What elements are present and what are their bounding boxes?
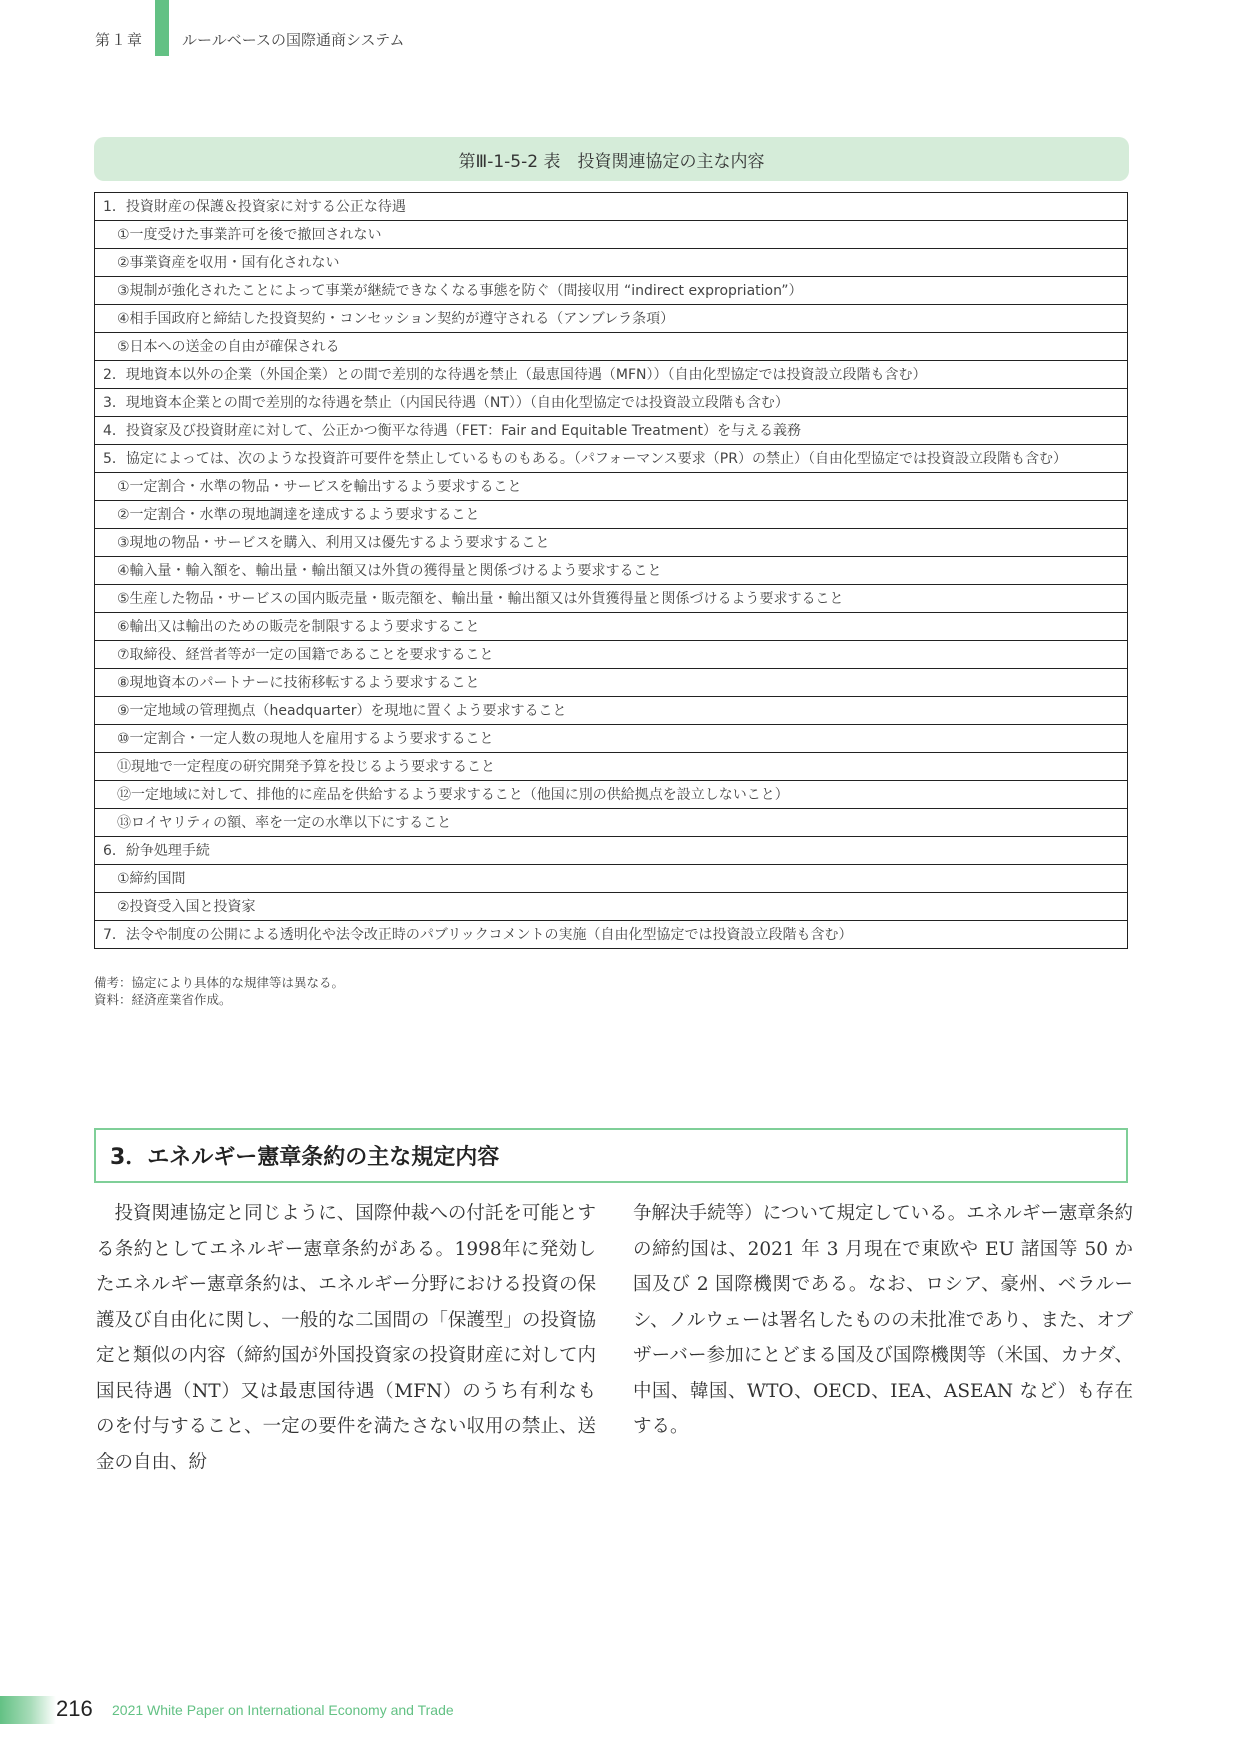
table-row-subitem: ⑬ロイヤリティの額、率を一定の水準以下にすること bbox=[95, 809, 1127, 837]
table-caption: 第Ⅲ-1-5-2 表 投資関連協定の主な内容 bbox=[94, 137, 1129, 181]
publication-title: 2021 White Paper on International Econom… bbox=[112, 1702, 454, 1718]
table-row-subitem: ②一定割合・水準の現地調達を達成するよう要求すること bbox=[95, 501, 1127, 529]
table-row-subitem: ⑤生産した物品・サービスの国内販売量・販売額を、輸出量・輸出額又は外貨獲得量と関… bbox=[95, 585, 1127, 613]
table-row-subitem: ④相手国政府と締結した投資契約・コンセッション契約が遵守される（アンブレラ条項） bbox=[95, 305, 1127, 333]
table-row-main: 5．協定によっては、次のような投資許可要件を禁止しているものもある。（パフォーマ… bbox=[95, 445, 1127, 473]
table-row-subitem: ⑦取締役、経営者等が一定の国籍であることを要求すること bbox=[95, 641, 1127, 669]
table-row-subitem: ③規制が強化されたことによって事業が継続できなくなる事態を防ぐ（間接収用 “in… bbox=[95, 277, 1127, 305]
table-row-subitem: ②投資受入国と投資家 bbox=[95, 893, 1127, 921]
body-text-left-column: 投資関連協定と同じように、国際仲裁への付託を可能とする条約としてエネルギー憲章条… bbox=[96, 1196, 596, 1480]
table-row-subitem: ⑫一定地域に対して、排他的に産品を供給するよう要求すること（他国に別の供給拠点を… bbox=[95, 781, 1127, 809]
table-source: 資料：経済産業省作成。 bbox=[94, 991, 344, 1008]
table-row-subitem: ⑨一定地域の管理拠点（headquarter）を現地に置くよう要求すること bbox=[95, 697, 1127, 725]
table-row-subitem: ①締約国間 bbox=[95, 865, 1127, 893]
table-row-subitem: ①一度受けた事業許可を後で撤回されない bbox=[95, 221, 1127, 249]
table-row-subitem: ⑥輸出又は輸出のための販売を制限するよう要求すること bbox=[95, 613, 1127, 641]
table-remark: 備考：協定により具体的な規律等は異なる。 bbox=[94, 974, 344, 991]
table-row-subitem: ⑧現地資本のパートナーに技術移転するよう要求すること bbox=[95, 669, 1127, 697]
table-row-main: 7．法令や制度の公開による透明化や法令改正時のパブリックコメントの実施（自由化型… bbox=[95, 921, 1127, 949]
body-text-right-column: 争解決手続等）について規定している。エネルギー憲章条約の締約国は、2021 年 … bbox=[633, 1196, 1133, 1445]
table-row-subitem: ③現地の物品・サービスを購入、利用又は優先するよう要求すること bbox=[95, 529, 1127, 557]
table-row-subitem: ⑪現地で一定程度の研究開発予算を投じるよう要求すること bbox=[95, 753, 1127, 781]
page-number: 216 bbox=[56, 1696, 93, 1722]
page-footer: 216 2021 White Paper on International Ec… bbox=[0, 1696, 1241, 1726]
table-row-subitem: ⑤日本への送金の自由が確保される bbox=[95, 333, 1127, 361]
table-row-subitem: ①一定割合・水準の物品・サービスを輸出するよう要求すること bbox=[95, 473, 1127, 501]
chapter-title: ルールベースの国際通商システム bbox=[182, 29, 404, 50]
table-row-subitem: ②事業資産を収用・国有化されない bbox=[95, 249, 1127, 277]
table-row-main: 6．紛争処理手続 bbox=[95, 837, 1127, 865]
page-header: 第１章 ルールベースの国際通商システム bbox=[0, 0, 1241, 56]
table-row-main: 2．現地資本以外の企業（外国企業）との間で差別的な待遇を禁止（最恵国待遇（MFN… bbox=[95, 361, 1127, 389]
investment-agreements-table: 1．投資財産の保護＆投資家に対する公正な待遇①一度受けた事業許可を後で撤回されな… bbox=[94, 192, 1128, 949]
section-heading: 3．エネルギー憲章条約の主な規定内容 bbox=[94, 1128, 1128, 1183]
chapter-label: 第１章 bbox=[95, 29, 143, 50]
table-row-main: 3．現地資本企業との間で差別的な待遇を禁止（内国民待遇（NT））（自由化型協定で… bbox=[95, 389, 1127, 417]
chapter-accent-bar bbox=[155, 0, 169, 56]
footer-accent-gradient bbox=[0, 1696, 56, 1724]
table-notes: 備考：協定により具体的な規律等は異なる。 資料：経済産業省作成。 bbox=[94, 974, 344, 1008]
table-row-subitem: ⑩一定割合・一定人数の現地人を雇用するよう要求すること bbox=[95, 725, 1127, 753]
table-row-main: 4．投資家及び投資財産に対して、公正かつ衡平な待遇（FET：Fair and E… bbox=[95, 417, 1127, 445]
table-row-main: 1．投資財産の保護＆投資家に対する公正な待遇 bbox=[95, 193, 1127, 221]
table-row-subitem: ④輸入量・輸入額を、輸出量・輸出額又は外貨の獲得量と関係づけるよう要求すること bbox=[95, 557, 1127, 585]
